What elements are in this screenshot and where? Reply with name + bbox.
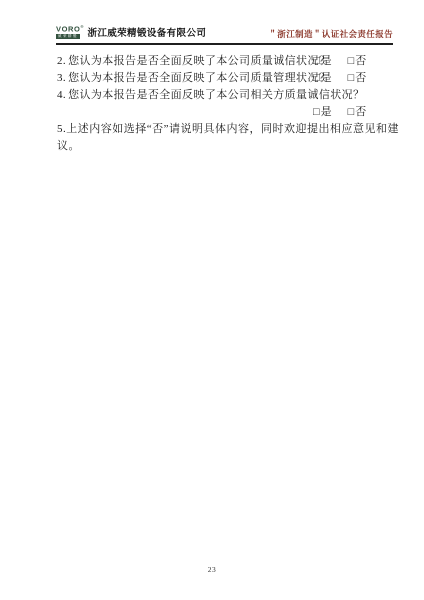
survey-question-row: 3.您认为本报告是否全面反映了本公司质量管理状况？ □是 □否	[57, 70, 393, 87]
no-checkbox-option: □否	[348, 53, 368, 70]
question-text: 您认为本报告是否全面反映了本公司质量管理状况？	[68, 72, 330, 84]
standalone-options-row: □是 □否	[57, 104, 393, 121]
survey-section: 2.您认为本报告是否全面反映了本公司质量诚信状况？ □是 □否 3.您认为本报告…	[57, 53, 393, 155]
question-number: 4.	[57, 89, 66, 101]
voro-logo: VORO® 威荣精锻	[56, 23, 83, 39]
survey-question-row: 2.您认为本报告是否全面反映了本公司质量诚信状况？ □是 □否	[57, 53, 393, 70]
voro-logo-wordmark: VORO®	[56, 23, 83, 33]
company-name: 浙江威荣精锻设备有限公司	[87, 28, 206, 39]
registered-trademark-icon: ®	[81, 24, 84, 29]
question-options: □是 □否	[313, 70, 367, 87]
page-header: VORO® 威荣精锻 浙江威荣精锻设备有限公司 ＂浙江制造＂认证社会责任报告	[56, 23, 393, 45]
survey-note-line: 议。	[57, 138, 393, 155]
header-left: VORO® 威荣精锻 浙江威荣精锻设备有限公司	[56, 23, 206, 39]
report-title: ＂浙江制造＂认证社会责任报告	[268, 29, 393, 39]
question-options: □是 □否	[313, 53, 367, 70]
no-checkbox-option: □否	[348, 70, 368, 87]
yes-checkbox-option: □是	[313, 104, 333, 121]
yes-checkbox-option: □是	[313, 53, 333, 70]
question-text: 您认为本报告是否全面反映了本公司相关方质量诚信状况？	[68, 89, 364, 101]
yes-checkbox-option: □是	[313, 70, 333, 87]
no-checkbox-option: □否	[348, 104, 368, 121]
voro-brand-text: VORO	[56, 25, 81, 34]
question-options: □是 □否	[313, 104, 367, 121]
document-page: VORO® 威荣精锻 浙江威荣精锻设备有限公司 ＂浙江制造＂认证社会责任报告 2…	[0, 0, 424, 600]
survey-note-line: 5.上述内容如选择“否”请说明具体内容，同时欢迎提出相应意见和建	[57, 121, 393, 138]
page-number: 23	[208, 565, 217, 574]
page-footer: 23	[0, 565, 424, 574]
voro-logo-subtext: 威荣精锻	[56, 34, 80, 39]
question-text: 您认为本报告是否全面反映了本公司质量诚信状况？	[68, 55, 330, 67]
survey-question-row: 4.您认为本报告是否全面反映了本公司相关方质量诚信状况？	[57, 87, 393, 104]
question-number: 3.	[57, 72, 66, 84]
question-number: 2.	[57, 55, 66, 67]
